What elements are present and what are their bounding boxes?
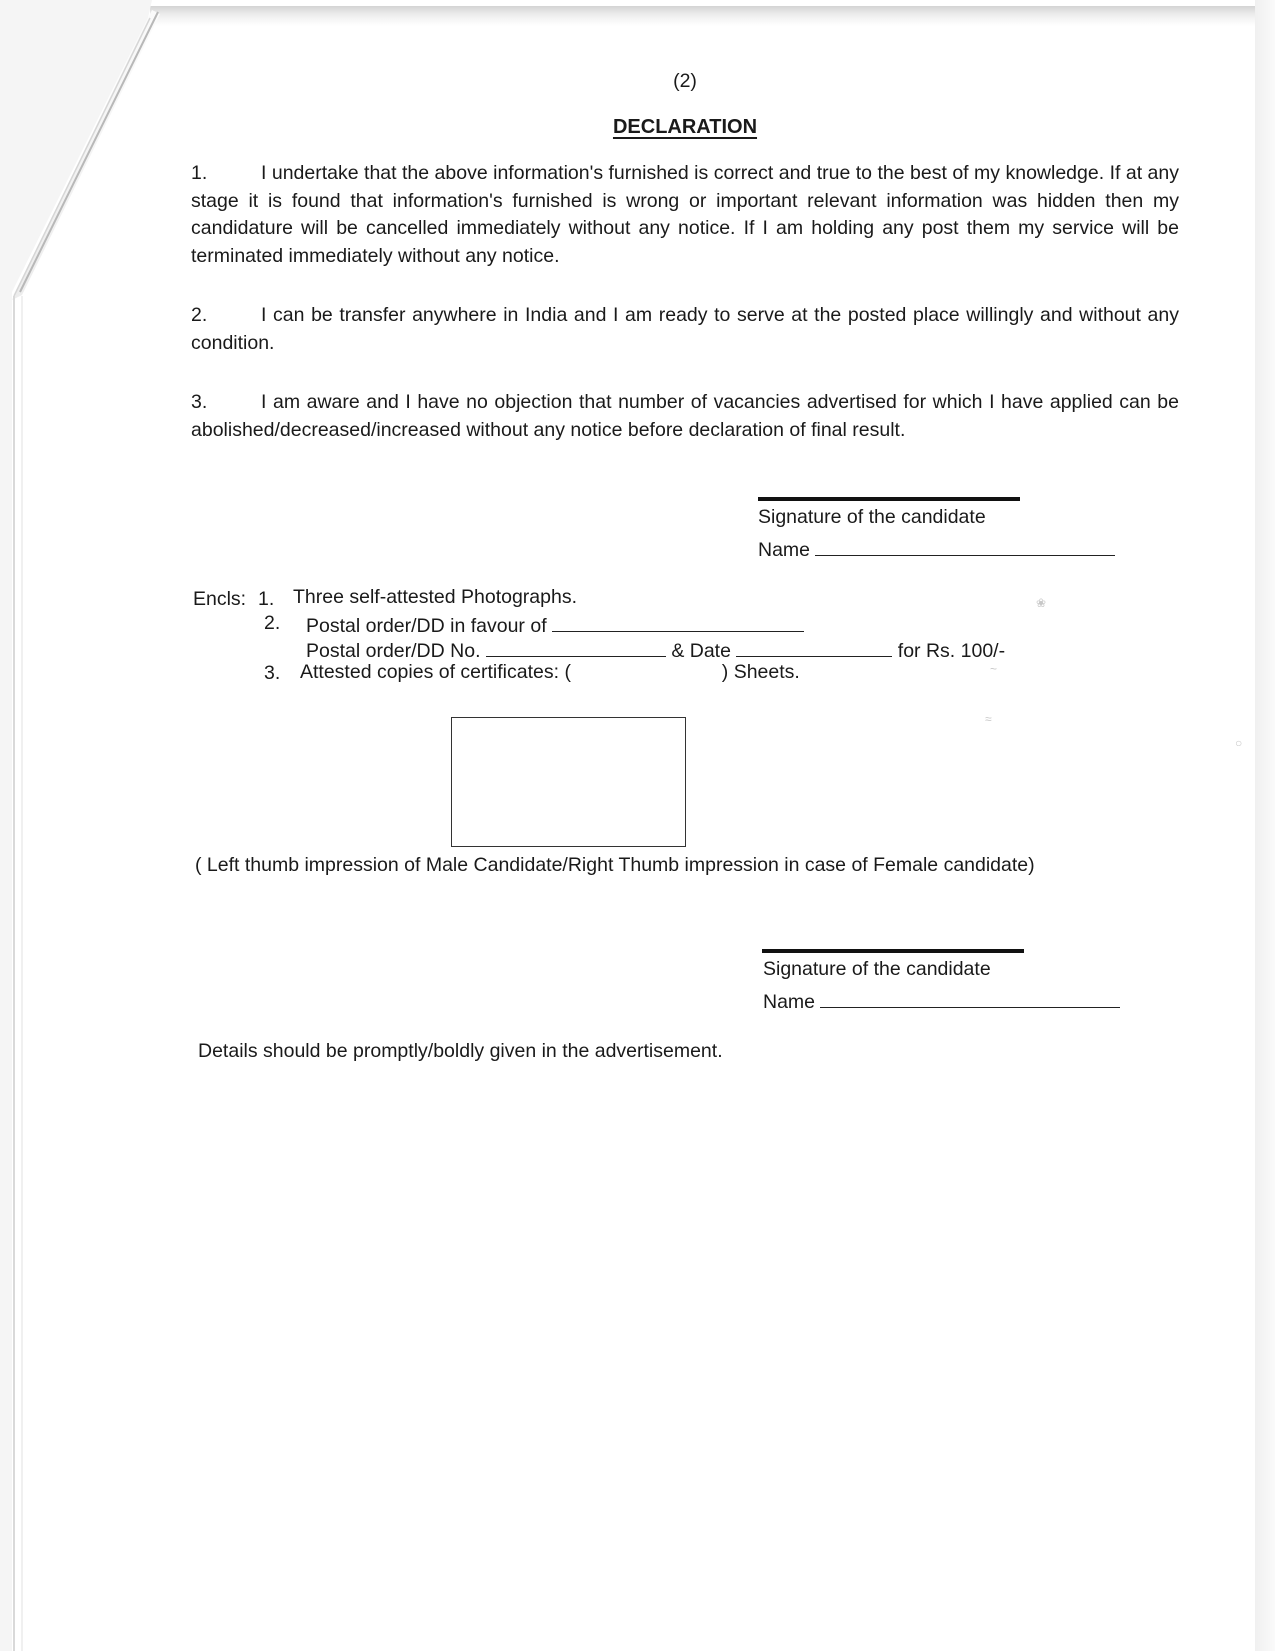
enclosure-number: 3. [264,664,280,684]
name-input[interactable] [815,537,1115,556]
certificates-sheets-label: ) Sheets. [722,661,800,683]
enclosure-number: 1. [258,590,274,610]
declaration-item-1: 1.I undertake that the above information… [191,160,1179,270]
name-input[interactable] [820,989,1120,1008]
name-label: Name [758,539,810,561]
postal-order-amount: for Rs. 100/- [898,640,1005,662]
declaration-number: 2. [191,302,261,330]
page-top-edge-shadow [150,6,1255,26]
thumb-impression-box[interactable] [451,717,686,847]
scan-speck: ❀ [1036,596,1046,610]
postal-order-favour-input[interactable] [552,613,804,632]
page-title: DECLARATION [0,116,1275,139]
declaration-text: I am aware and I have no objection that … [191,391,1179,441]
signature-label: Signature of the candidate [763,960,991,980]
footer-note: Details should be promptly/boldly given … [198,1042,723,1062]
name-label: Name [763,991,815,1013]
declaration-item-3: 3.I am aware and I have no objection tha… [191,389,1179,444]
scan-speck: ○ [1235,736,1242,750]
enclosures-prefix: Encls: [193,590,246,610]
signature-label: Signature of the candidate [758,508,986,528]
postal-order-favour-label: Postal order/DD in favour of [306,615,547,637]
declaration-item-2: 2.I can be transfer anywhere in India an… [191,302,1179,357]
postal-order-no-input[interactable] [486,638,666,657]
signature-line[interactable] [762,949,1024,953]
name-field: Name [758,537,1115,561]
postal-order-date-input[interactable] [736,638,892,657]
page-number: (2) [0,70,1275,93]
scan-speck: ~ [990,662,997,676]
postal-order-no-label: Postal order/DD No. [306,640,480,662]
folded-corner [0,0,200,1651]
postal-order-details: Postal order/DD No. & Date for Rs. 100/- [306,638,1005,662]
thumb-impression-caption: ( Left thumb impression of Male Candidat… [195,856,1035,876]
scan-speck: ≈ [985,712,992,726]
enclosure-item-postal-order: Postal order/DD in favour of [306,613,804,637]
signature-line[interactable] [758,497,1020,501]
enclosure-item-photographs: Three self-attested Photographs. [293,588,577,608]
name-field: Name [763,989,1120,1013]
declaration-number: 3. [191,389,261,417]
page-right-edge [1255,0,1275,1651]
enclosure-number: 2. [264,614,280,634]
certificates-label: Attested copies of certificates: ( [300,661,571,683]
declaration-number: 1. [191,160,261,188]
declaration-text: I undertake that the above information's… [191,162,1179,267]
enclosure-item-certificates: Attested copies of certificates: ( ) She… [300,663,800,683]
declaration-text: I can be transfer anywhere in India and … [191,304,1179,354]
postal-order-date-label: & Date [671,640,731,662]
